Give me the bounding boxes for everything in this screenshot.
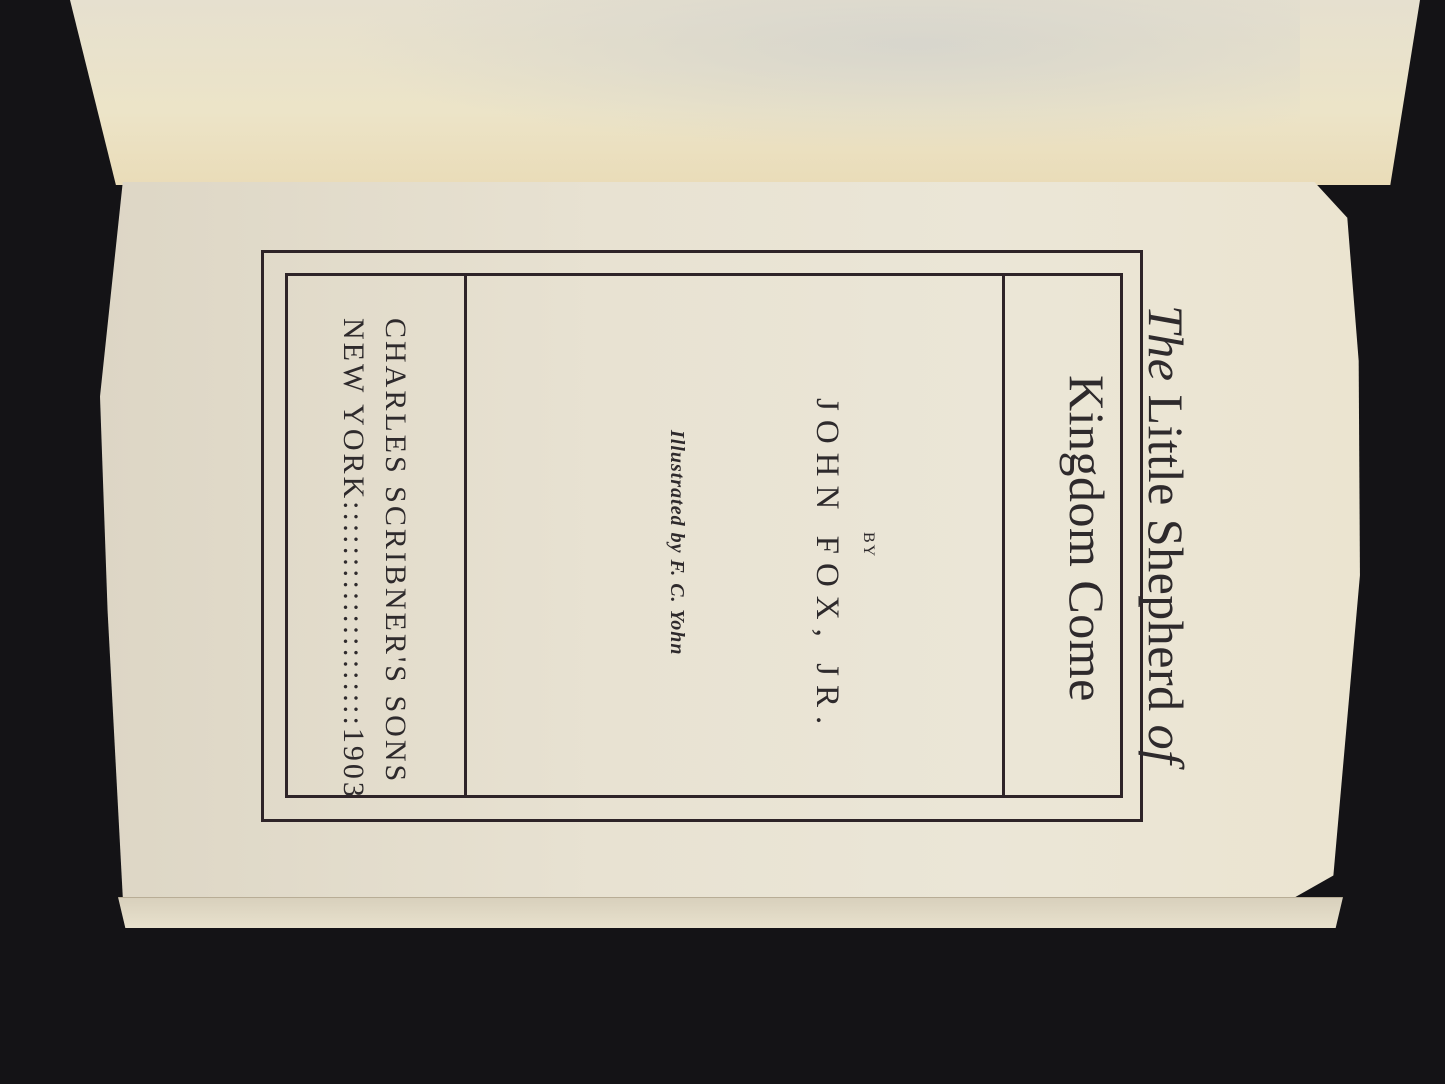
page-edge	[118, 897, 1343, 928]
imprint-line: NEW YORK::::::::::::::::::::1903	[336, 318, 370, 800]
by-label: BY	[859, 532, 877, 558]
title-main: Little Shepherd	[1138, 395, 1194, 712]
title-divider	[1002, 273, 1005, 798]
title-prefix: The	[1138, 305, 1194, 382]
title-suffix: of	[1138, 725, 1194, 765]
tissue-guard-texture	[340, 0, 1300, 150]
book-title-line-2: Kingdom Come	[1058, 375, 1116, 702]
illustrator-credit: Illustrated by F. C. Yohn	[665, 430, 688, 655]
book-title-line-1: The Little Shepherd of	[1137, 305, 1195, 765]
publisher-divider	[464, 273, 467, 798]
publisher-name: CHARLES SCRIBNER'S SONS	[378, 318, 412, 784]
author-name: JOHN FOX, JR.	[808, 398, 845, 733]
